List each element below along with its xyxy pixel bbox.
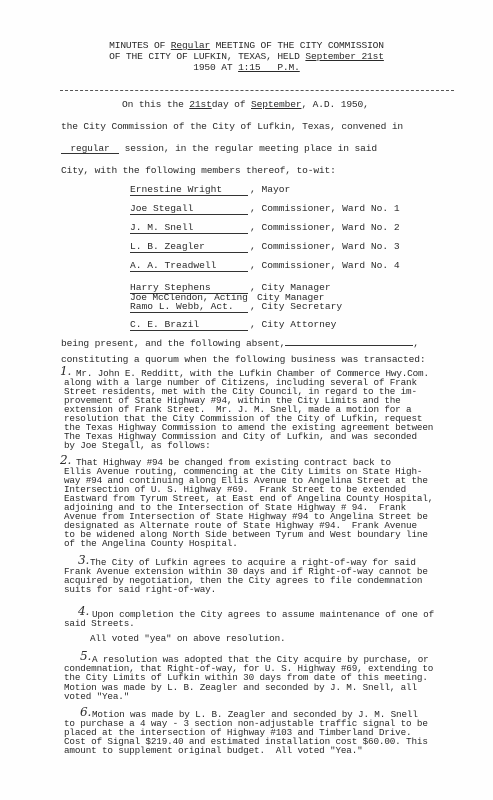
member-role: , Commissioner, Ward No. 4 [250, 261, 400, 271]
quorum-line: constituting a quorum when the following… [61, 355, 425, 365]
item-line: amount to supplement original budget. Al… [64, 746, 363, 756]
item-line: suits for said right-of-way. [64, 585, 216, 595]
member-name: A. A. Treadwell [130, 261, 248, 272]
minutes-header-line-1: MINUTES OF Regular MEETING OF THE CITY C… [0, 41, 493, 51]
meeting-type: Regular [171, 40, 210, 51]
member-role: , Commissioner, Ward No. 1 [250, 204, 400, 214]
header-text: MINUTES OF [109, 40, 171, 51]
item-line: Upon completion the City agrees to assum… [92, 610, 434, 620]
text: being present, and the following absent, [61, 338, 285, 349]
meeting-month: September [251, 99, 301, 110]
item-line: said Streets. [64, 619, 135, 629]
member-role: , City Secretary [250, 302, 342, 312]
header-separator [60, 90, 454, 91]
meeting-time: 1:15 P.M. [238, 62, 300, 73]
member-name: Joe Stegall [130, 204, 248, 215]
member-name: Ernestine Wright [130, 185, 248, 196]
vote-line: All voted "yea" on above resolution. [90, 634, 285, 644]
opening-line-4: City, with the following members thereof… [61, 166, 336, 176]
text: day of [212, 99, 251, 110]
item-number: 1. [60, 366, 71, 376]
text: On this the [122, 99, 189, 110]
session-type: regular [61, 144, 119, 154]
member-role: , Commissioner, Ward No. 2 [250, 223, 400, 233]
item-number: 5. [80, 651, 91, 661]
header-text: OF THE CITY OF LUFKIN, TEXAS, HELD [109, 51, 305, 62]
item-number: 4. [78, 606, 89, 616]
item-number: 3. [78, 555, 89, 565]
meeting-year: , A.D. 1950, [301, 99, 368, 110]
opening-line-2: the City Commission of the City of Lufki… [61, 122, 403, 132]
item-line: of the Angelina County Hospital. [64, 539, 238, 549]
item-number: 6. [80, 707, 91, 717]
header-text: MEETING OF THE CITY COMMISSION [210, 40, 384, 51]
absent-line: being present, and the following absent,… [61, 337, 419, 349]
item-line: voted "Yea." [64, 692, 129, 702]
member-name: L. B. Zeagler [130, 242, 248, 253]
member-role: , Mayor [250, 185, 290, 195]
meeting-date: September 21st [305, 51, 384, 62]
item-number: 2. [60, 455, 71, 465]
opening-date-line: On this the 21stday of September, A.D. 1… [122, 100, 369, 110]
text: session, in the regular meeting place in… [119, 143, 377, 154]
absent-blank [285, 337, 413, 346]
minutes-header-line-3: 1950 AT 1:15 P.M. [0, 63, 493, 73]
opening-line-3: regular session, in the regular meeting … [61, 144, 377, 154]
minutes-header-line-2: OF THE CITY OF LUFKIN, TEXAS, HELD Septe… [0, 52, 493, 62]
member-role: , Commissioner, Ward No. 3 [250, 242, 400, 252]
member-role: , City Attorney [250, 320, 336, 330]
meeting-day: 21st [189, 99, 211, 110]
document-page: MINUTES OF Regular MEETING OF THE CITY C… [0, 0, 493, 800]
item-line: by Joe Stegall, as follows: [64, 441, 211, 451]
member-name: J. M. Snell [130, 223, 248, 234]
member-name: Ramo L. Webb, Act. [130, 302, 248, 313]
header-year: 1950 AT [193, 62, 238, 73]
member-name: C. E. Brazil [130, 320, 248, 331]
